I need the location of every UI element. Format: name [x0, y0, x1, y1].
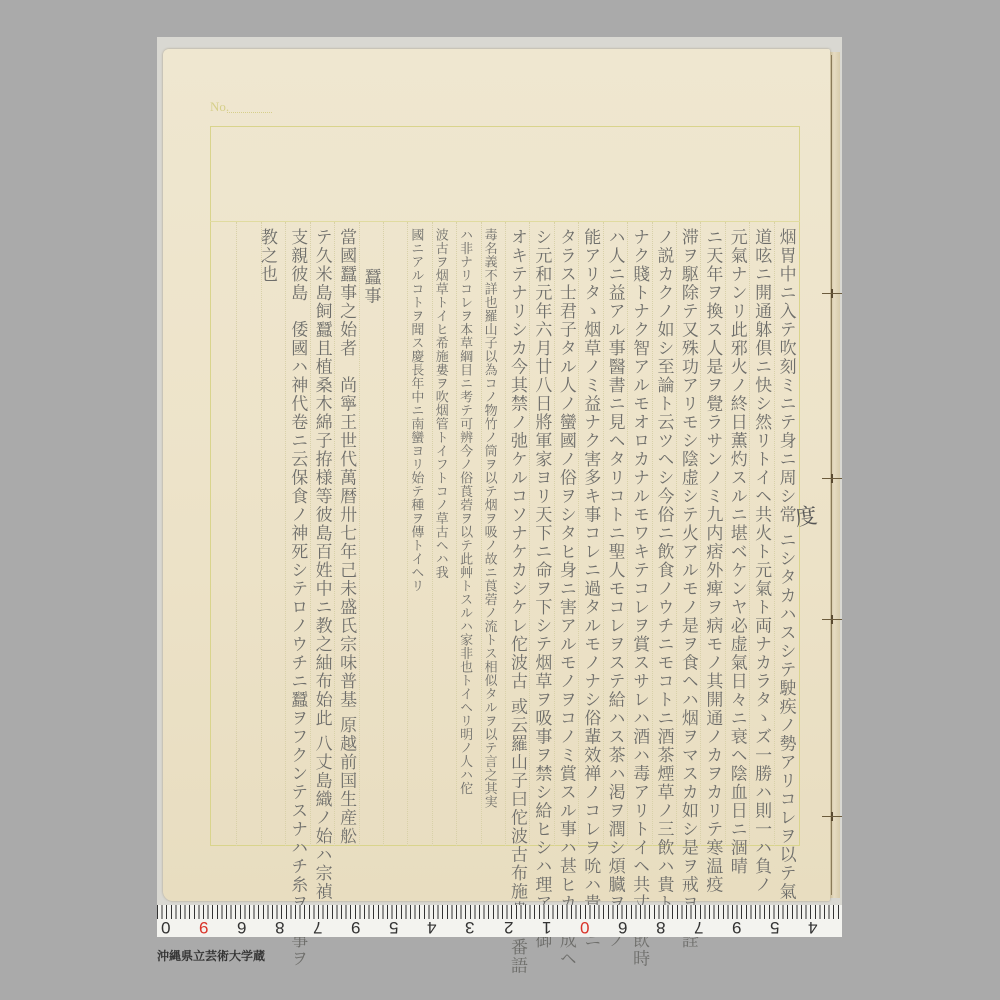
ruler-number: 2 — [504, 917, 513, 937]
text-column: 烟胃中ニ入テ吹刻ミニテ身ニ周シ常 ニシタカハスシテ駛疾ノ勢アリコレヲ以テ氣 — [775, 228, 797, 901]
column-rule — [236, 222, 237, 846]
text-column: 毒名義不詳也羅山子以為コノ物竹ノ筒ヲ以テ烟ヲ吸ノ故ニ莨菪ノ流トス相似タルヲ以テ言… — [482, 228, 496, 809]
ruler-number: 5 — [389, 917, 398, 937]
measuring-ruler: 096879543210687954 — [157, 905, 842, 937]
ruler-number: 6 — [237, 917, 246, 937]
text-column: 支親彼島 倭國ハ神代卷ニ云保食ノ神死シテロノウチニ蠶ヲフクンテスナハチ糸ヲ抽事ヲ — [286, 228, 308, 968]
header-box — [210, 126, 800, 222]
text-column: シ元和元年六月廿八日將軍家ヨリ天下ニ命ヲ下シテ烟草ヲ吸事ヲ禁シ給ヒシハ理アル御 — [530, 228, 552, 950]
ruler-number: 6 — [618, 917, 627, 937]
ruler-number: 0 — [580, 917, 589, 937]
ruler-number: 1 — [542, 917, 551, 937]
ruler-number: 5 — [770, 917, 779, 937]
binding-thread — [822, 618, 842, 621]
text-column: 能アリタゝ烟草ノミ益ナク害多キ事コレニ過タルモノナシ俗輩效禅ノコレヲ吮ハ貴ンニ — [579, 228, 601, 950]
text-column: 元氣ナンリ此邪火ノ終日薫灼スルニ堪ベケンヤ必虚氣日々ニ衰ヘ陰血日ニ涸晴 — [726, 228, 748, 876]
correction-mark: 度 — [793, 499, 819, 533]
text-column: 道呟ニ開通躰倶ニ快シ然リトイヘ共火ト元氣ト両ナカラタゝズ一勝ハ則一ハ負ノ — [750, 228, 772, 894]
text-column: 蠶事 — [360, 268, 382, 305]
text-column: テ久米島飼蠶且植桑木綿子拵様等彼島百姓中ニ教之紬布始此 八丈島織ノ始ハ宗禎 — [311, 228, 333, 901]
text-column: ハ人ニ益アル事醫書ニ見ヘタリコトニ聖人モコレヲステ給ハス茶ハ渇ヲ潤シ煩臓ヲ去ノ — [604, 228, 626, 950]
ruler-number: 9 — [351, 917, 360, 937]
text-column: ニ天年ヲ換ス人是ヲ覺ラサンノミ九内痞外痺ヲ病モノ其開通ノカヲカリテ寒温疫 — [701, 228, 723, 894]
text-column: ハ非ナリコレヲ本草綱目ニ考テ可辨今ノ俗莨菪ヲ以テ此艸トスルハ家非也トイヘリ明ノ人… — [457, 228, 471, 795]
column-rule — [383, 222, 384, 846]
column-rule — [261, 222, 262, 846]
text-column: ノ説カクノ如シ至論ト云ツヘシ今俗ニ飲食ノウチニモコトニ酒茶煙草ノ三飲ハ貴ト — [653, 228, 675, 913]
ruler-number: 8 — [275, 917, 284, 937]
text-column: 當國蠶事之始者 尚寧王世代萬暦卅七年己未盛氏宗味普基 原越前国生産舩 — [335, 228, 357, 845]
text-column: オキテナリシカ今其禁ノ弛ケルコソナケカシケレ佗波古 或云羅山子曰佗波古布施婁皆番… — [506, 228, 528, 975]
binding-thread — [822, 477, 842, 480]
text-column: 滞ヲ駆除テ又殊功アリモシ陰虚シテ火アルモノ是ヲ食ヘハ烟ヲマスカ如シ是ヲ戒ヨ洞詮 — [677, 228, 699, 950]
column-rule — [359, 222, 360, 846]
ruler-number: 3 — [465, 917, 474, 937]
ruler-number: 4 — [808, 917, 817, 937]
ruler-number: 8 — [656, 917, 665, 937]
text-column: 國ニアルコトヲ聞ス慶長年中ニ南蠻ヨリ始テ種ヲ傳トイヘリ — [408, 228, 422, 593]
ruler-number: 7 — [694, 917, 703, 937]
ruler-number: 9 — [199, 917, 208, 937]
ruler-number: 4 — [427, 917, 436, 937]
text-column: タラス士君子タル人ノ蠻國ノ俗ヲシタヒ身ニ害アルモノヲコノミ賞スル事ハ甚ヒカ事成ヘ — [555, 228, 577, 968]
ruler-number: 0 — [161, 917, 170, 937]
text-column: ナク賤トナク智アルモオロカナルモワキテコレヲ賞スサレハ酒ハ毒アリトイヘ共丈ヶ飲時 — [628, 228, 650, 968]
text-column: 教之也 — [256, 228, 278, 284]
collection-caption: 沖縄県立芸術大学蔵 — [157, 947, 265, 964]
page-number-line — [227, 112, 272, 113]
ruler-number: 7 — [313, 917, 322, 937]
ruler-number: 9 — [732, 917, 741, 937]
binding-thread — [822, 292, 842, 295]
binding-thread — [822, 815, 842, 818]
text-column: 波古ヲ烟草トイヒ希施婁ヲ吹烟管トイフトコノ草古ヘハ我 — [433, 228, 447, 579]
